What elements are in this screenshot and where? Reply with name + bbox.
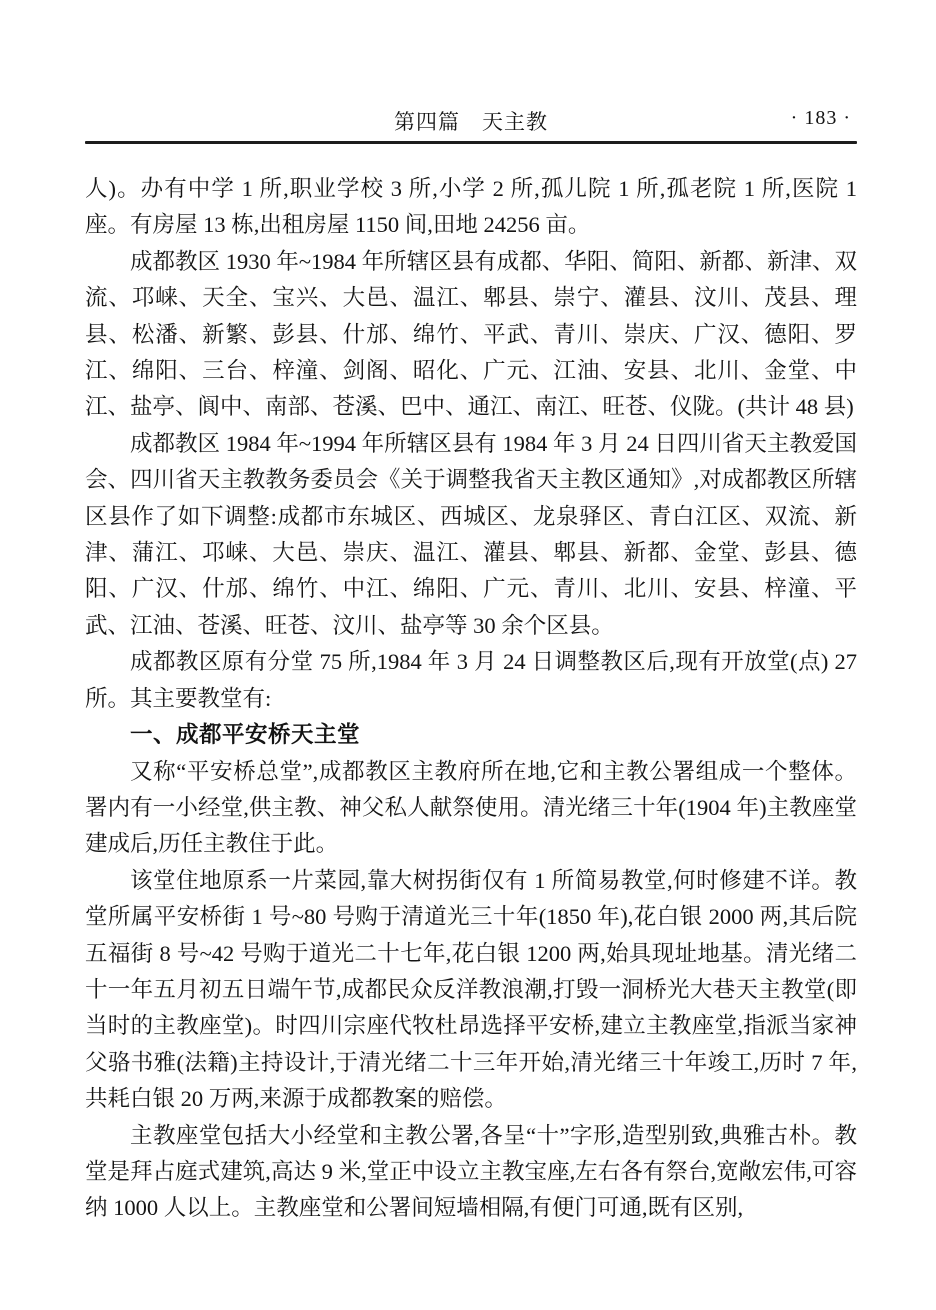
- running-header: 第四篇 天主教 · 183 ·: [85, 106, 857, 138]
- header-rule: [85, 141, 857, 144]
- chapter-title: 第四篇 天主教: [85, 106, 857, 136]
- paragraph-cathedral-history: 该堂住地原系一片菜园,靠大树拐街仅有 1 所简易教堂,何时修建不详。教堂所属平安…: [85, 863, 857, 1118]
- paragraph-counties-1984-1994: 成都教区 1984 年~1994 年所辖区县有 1984 年 3 月 24 日四…: [85, 426, 857, 644]
- section-heading-pinganqiao-church: 一、成都平安桥天主堂: [85, 717, 857, 753]
- book-page: 第四篇 天主教 · 183 · 人)。办有中学 1 所,职业学校 3 所,小学 …: [0, 0, 936, 1310]
- page-content: 第四篇 天主教 · 183 · 人)。办有中学 1 所,职业学校 3 所,小学 …: [85, 106, 857, 1227]
- paragraph-cathedral-architecture: 主教座堂包括大小经堂和主教公署,各呈“十”字形,造型别致,典雅古朴。教堂是拜占庭…: [85, 1118, 857, 1227]
- paragraph-chapels-count: 成都教区原有分堂 75 所,1984 年 3 月 24 日调整教区后,现有开放堂…: [85, 644, 857, 717]
- body-text: 人)。办有中学 1 所,职业学校 3 所,小学 2 所,孤儿院 1 所,孤老院 …: [85, 171, 857, 1227]
- paragraph-continuation: 人)。办有中学 1 所,职业学校 3 所,小学 2 所,孤儿院 1 所,孤老院 …: [85, 171, 857, 244]
- paragraph-counties-1930-1984: 成都教区 1930 年~1984 年所辖区县有成都、华阳、简阳、新都、新津、双流…: [85, 244, 857, 426]
- page-number: · 183 ·: [791, 107, 851, 130]
- paragraph-cathedral-overview: 又称“平安桥总堂”,成都教区主教府所在地,它和主教公署组成一个整体。署内有一小经…: [85, 754, 857, 863]
